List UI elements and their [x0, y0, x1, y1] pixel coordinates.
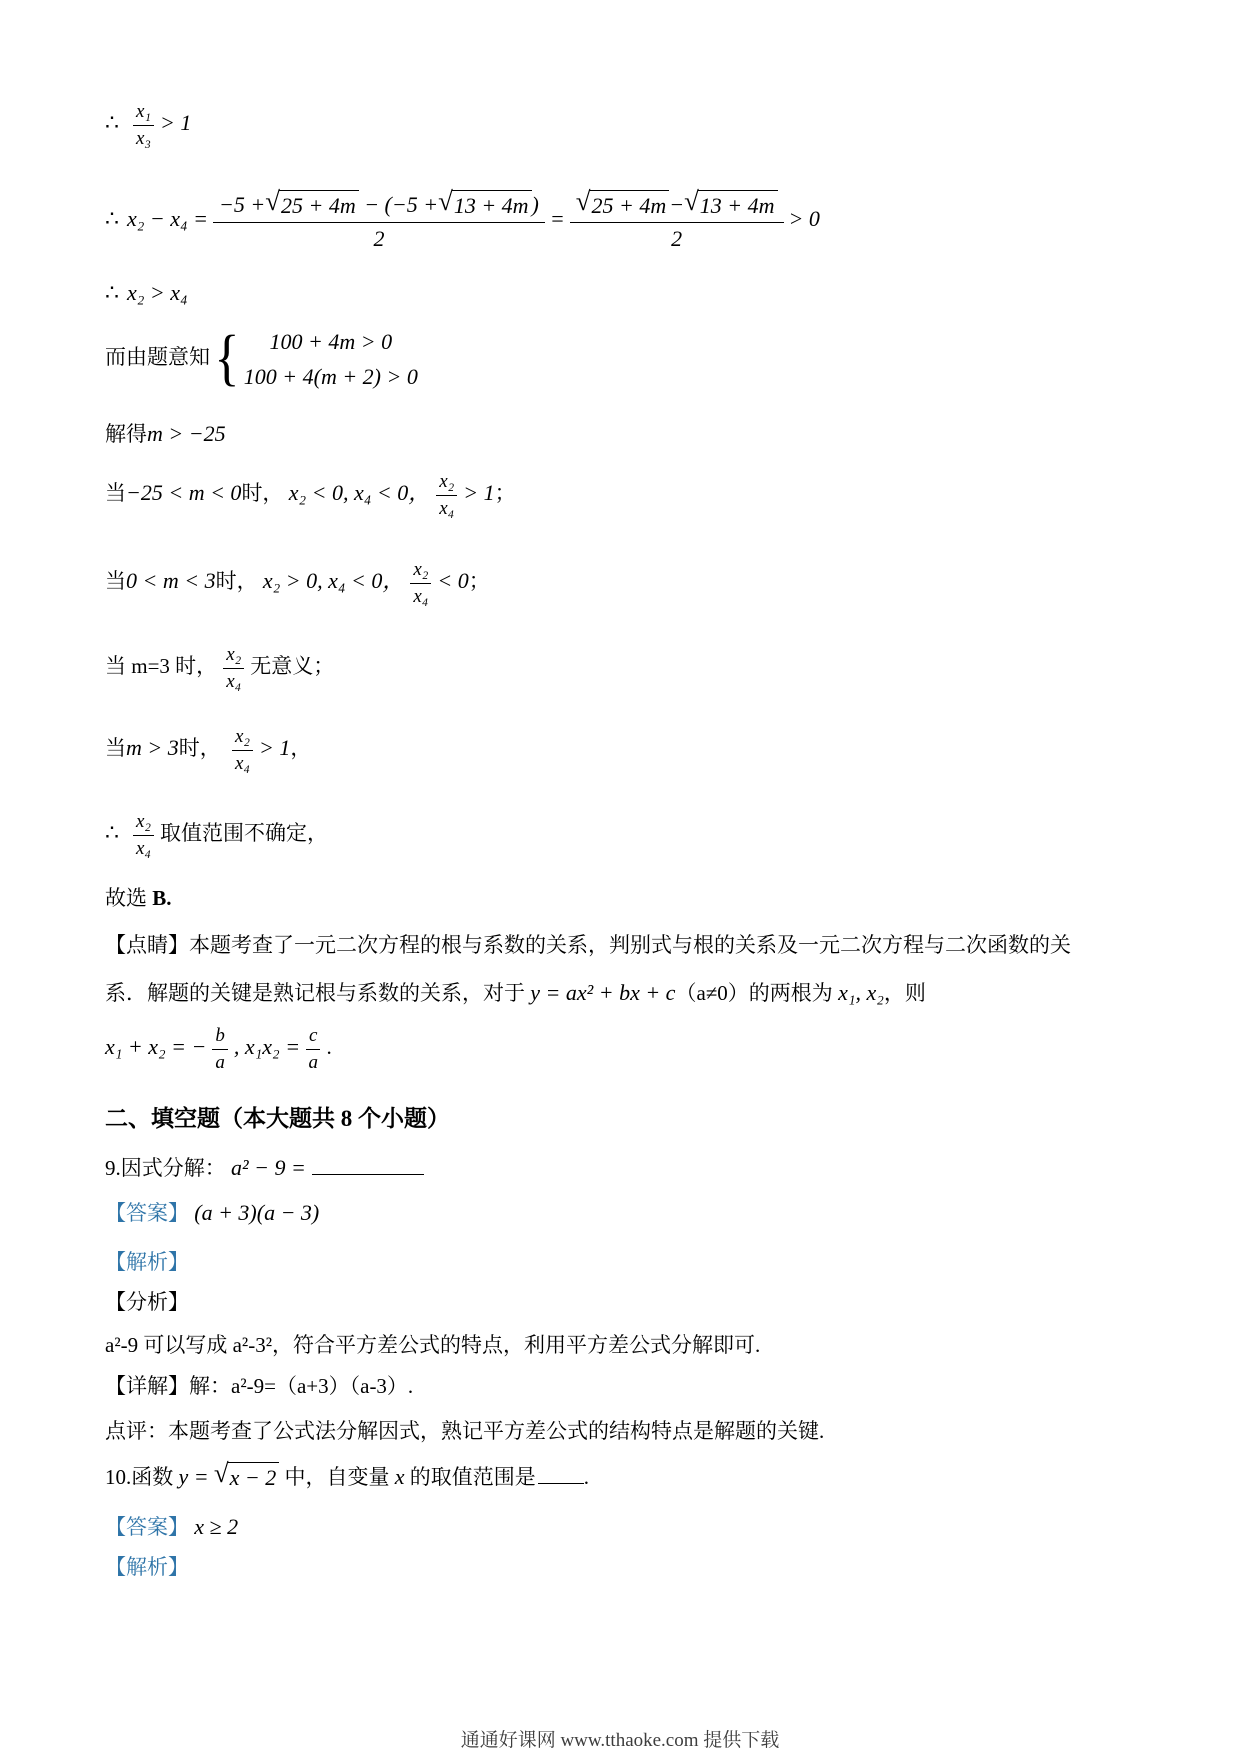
- therefore-symbol: ∴: [105, 820, 119, 845]
- fraction-numerator: √25 + 4m−√13 + 4m: [570, 190, 784, 223]
- answer-blank: [312, 1153, 424, 1175]
- choice-prefix: 故选: [105, 886, 152, 910]
- question-10-period: .: [584, 1465, 589, 1489]
- question-10-stem: 10.函数 y = √x − 2 中，自变量 x 的取值范围是.: [105, 1462, 589, 1492]
- page-footer: 通通好课网 www.tthaoke.com 提供下载: [0, 1725, 1240, 1752]
- document-page: ∴x₁x₃> 1 ∴x₂ − x₄ =−5 +√25 + 4m − (−5 +√…: [0, 0, 1240, 1754]
- fraction-denominator: x₄: [235, 751, 250, 776]
- remark-roots: x₁, x₂: [838, 980, 884, 1005]
- conclusion-text: 取值范围不确定，: [160, 821, 328, 845]
- answer-expression: x ≥ 2: [194, 1514, 238, 1539]
- case-relation: < 0: [437, 568, 468, 593]
- equals-sign: =: [550, 206, 565, 231]
- fraction-large-1: −5 +√25 + 4m − (−5 +√13 + 4m)2: [213, 190, 545, 252]
- numerator-mid: − (−5 +: [359, 192, 438, 217]
- system-eq-2: 100 + 4(m + 2) > 0: [244, 363, 418, 391]
- remark-line-1: 【点睛】本题考查了一元二次方程的根与系数的关系，判别式与根的关系及一元二次方程与…: [105, 932, 1071, 958]
- question-9-jiexi-label: 【解析】: [105, 1249, 189, 1275]
- conclusion-line: ∴x₂x₄取值范围不确定，: [105, 810, 328, 861]
- fraction-denominator: 2: [373, 223, 384, 253]
- fraction-x2-x4: x₂x₄: [436, 470, 457, 521]
- detail-text: 解：a²-9=（a+3）（a-3）.: [189, 1374, 413, 1398]
- case-values: x₂ > 0, x₄ < 0，: [263, 568, 405, 593]
- question-10-mid: 中，自变量: [284, 1465, 389, 1489]
- answer-expression: (a + 3)(a − 3): [194, 1200, 319, 1225]
- inequality-body: x₂ > x₄: [127, 280, 188, 305]
- fraction-numerator: x₂: [232, 725, 253, 751]
- case-values: x₂ < 0, x₄ < 0，: [289, 480, 431, 505]
- sqrt-sign: √: [438, 188, 453, 215]
- case-line-4: 当m > 3时， x₂x₄> 1，: [105, 725, 311, 776]
- fraction-numerator: x₂: [436, 470, 457, 496]
- case-condition: −25 < m < 0: [126, 480, 241, 505]
- fraction-numerator: x₁: [133, 100, 154, 126]
- case-shi: 时，: [241, 481, 283, 505]
- case-line-1: 当−25 < m < 0时， x₂ < 0, x₄ < 0，x₂x₄> 1；: [105, 470, 516, 521]
- radical: √13 + 4m: [684, 190, 777, 220]
- fraction-large-2: √25 + 4m−√13 + 4m2: [570, 190, 784, 252]
- fraction-x1-x3: x₁x₃: [133, 100, 154, 151]
- case-relation: > 1: [259, 735, 290, 760]
- question-9-detail: 【详解】解：a²-9=（a+3）（a-3）.: [105, 1373, 413, 1399]
- fraction-denominator: 2: [671, 223, 682, 253]
- inequality-tail: > 0: [789, 206, 820, 231]
- radicand: 25 + 4m: [589, 190, 669, 220]
- fraction-b-a: ba: [212, 1024, 228, 1075]
- question-9-answer: 【答案】 (a + 3)(a − 3): [105, 1199, 319, 1227]
- formula-x2-greater-x4: ∴x₂ > x₄: [105, 279, 188, 307]
- formula-x1-over-x3: ∴x₁x₃> 1: [105, 100, 191, 151]
- radicand: x − 2: [228, 1462, 280, 1492]
- fraction-denominator: a: [215, 1050, 225, 1075]
- fraction-denominator: x₃: [136, 126, 151, 151]
- sqrt-sign: √: [684, 188, 699, 215]
- analysis-text: a²-9 可以写成 a²-3²，符合平方差公式的特点，利用平方差公式分解即可.: [105, 1333, 760, 1357]
- system-prefix: 而由题意知: [105, 345, 210, 369]
- radical: √25 + 4m: [576, 190, 669, 220]
- choice-letter: B.: [152, 886, 171, 910]
- system-equations: 100 + 4m > 0100 + 4(m + 2) > 0: [244, 328, 418, 390]
- case-when: 当: [105, 481, 126, 505]
- therefore-symbol: ∴: [105, 206, 119, 231]
- question-10-variable: x: [395, 1464, 405, 1489]
- fraction-x2-x4: x₂x₄: [223, 643, 244, 694]
- section-heading-text: 二、填空题（本大题共 8 个小题）: [105, 1106, 450, 1131]
- radicand: 13 + 4m: [698, 190, 778, 220]
- question-10-number-prefix: 10.函数: [105, 1465, 173, 1489]
- formula-x2-minus-x4: ∴x₂ − x₄ =−5 +√25 + 4m − (−5 +√13 + 4m)2…: [105, 190, 820, 252]
- fraction-numerator: b: [212, 1024, 228, 1050]
- question-10-answer: 【答案】 x ≥ 2: [105, 1513, 238, 1541]
- fraction-numerator: x₂: [410, 558, 431, 584]
- radicand: 25 + 4m: [279, 190, 359, 220]
- remark-line-2: 系．解题的关键是熟记根与系数的关系，对于 y = ax² + bx + c（a≠…: [105, 979, 926, 1007]
- fraction-x2-x4: x₂x₄: [410, 558, 431, 609]
- vieta-period: .: [326, 1035, 331, 1059]
- therefore-symbol: ∴: [105, 280, 119, 305]
- remark-text-2c: （a≠0）的两根为: [675, 981, 832, 1005]
- left-brace: {: [214, 331, 239, 387]
- vieta-mid: , x₁x₂ =: [234, 1034, 300, 1059]
- case-line-2: 当0 < m < 3时， x₂ > 0, x₄ < 0，x₂x₄< 0；: [105, 558, 490, 609]
- remark-text-2a: 系．解题的关键是熟记根与系数的关系，对于: [105, 981, 525, 1005]
- remark-text-1: 本题考查了一元二次方程的根与系数的关系，判别式与根的关系及一元二次方程与二次函数…: [189, 933, 1071, 957]
- jiexi-label: 【解析】: [105, 1555, 189, 1579]
- sqrt-sign: √: [265, 188, 280, 215]
- answer-choice-line: 故选 B.: [105, 885, 172, 911]
- case-punct: ；: [469, 569, 490, 593]
- dianjing-label: 【点睛】: [105, 933, 189, 957]
- system-of-inequalities: 而由题意知{100 + 4m > 0100 + 4(m + 2) > 0: [105, 328, 418, 390]
- fraction-denominator: x₄: [413, 584, 428, 609]
- case-condition: 0 < m < 3: [126, 568, 216, 593]
- case-punct: ，: [290, 736, 311, 760]
- equation-lhs: x₂ − x₄ =: [127, 206, 208, 231]
- jiexi-label: 【解析】: [105, 1250, 189, 1274]
- footer-text: 通通好课网 www.tthaoke.com 提供下载: [461, 1730, 780, 1751]
- numerator-post: ): [532, 192, 539, 217]
- fraction-denominator: x₄: [226, 669, 241, 694]
- section-heading: 二、填空题（本大题共 8 个小题）: [105, 1105, 450, 1134]
- fraction-numerator: x₂: [223, 643, 244, 669]
- remark-text-2e: ，则: [884, 981, 926, 1005]
- vieta-formula-line: x₁ + x₂ = −ba, x₁x₂ =ca.: [105, 1024, 332, 1075]
- question-10-jiexi-label: 【解析】: [105, 1554, 189, 1580]
- solve-result: 解得m > −25: [105, 420, 226, 448]
- system-eq-1: 100 + 4m > 0: [270, 328, 393, 356]
- case-punct: ；: [495, 481, 516, 505]
- question-9-stem: 9.因式分解： a² − 9 =: [105, 1153, 424, 1182]
- case-when: 当 m=3 时，: [105, 654, 217, 678]
- inequality-tail: > 1: [160, 110, 191, 135]
- question-9-comment: 点评：本题考查了公式法分解因式，熟记平方差公式的结构特点是解题的关键.: [105, 1418, 824, 1444]
- fraction-x2-x4: x₂x₄: [133, 810, 154, 861]
- sqrt-sign: √: [576, 188, 591, 215]
- radical: √13 + 4m: [438, 190, 531, 220]
- fraction-x2-x4: x₂x₄: [232, 725, 253, 776]
- remark-quadratic: y = ax² + bx + c: [530, 980, 675, 1005]
- therefore-symbol: ∴: [105, 110, 119, 135]
- case-when: 当: [105, 736, 126, 760]
- fenxi-label: 【分析】: [105, 1290, 189, 1314]
- fraction-c-a: ca: [306, 1024, 320, 1075]
- case-shi: 时，: [179, 736, 221, 760]
- question-10-suffix: 的取值范围是: [410, 1465, 536, 1489]
- minus-sign: −: [669, 192, 684, 217]
- case-line-3: 当 m=3 时，x₂x₄无意义；: [105, 643, 334, 694]
- solve-math: m > −25: [147, 421, 226, 446]
- fraction-denominator: x₄: [439, 496, 454, 521]
- answer-blank: [538, 1462, 584, 1484]
- radicand: 13 + 4m: [452, 190, 532, 220]
- case-when: 当: [105, 569, 126, 593]
- fraction-denominator: a: [309, 1050, 319, 1075]
- case-shi: 时，: [216, 569, 258, 593]
- case-relation: > 1: [463, 480, 494, 505]
- question-9-number-prefix: 9.因式分解：: [105, 1156, 226, 1180]
- radical: √25 + 4m: [265, 190, 358, 220]
- numerator-pre: −5 +: [219, 192, 265, 217]
- fraction-numerator: −5 +√25 + 4m − (−5 +√13 + 4m): [213, 190, 545, 223]
- vieta-pre: x₁ + x₂ = −: [105, 1034, 206, 1059]
- answer-label: 【答案】: [105, 1201, 189, 1225]
- question-9-fenxi-label: 【分析】: [105, 1289, 189, 1315]
- fraction-numerator: c: [306, 1024, 320, 1050]
- xiangjie-label: 【详解】: [105, 1374, 189, 1398]
- answer-label: 【答案】: [105, 1515, 189, 1539]
- sqrt-sign: √: [214, 1460, 229, 1487]
- question-9-analysis-text: a²-9 可以写成 a²-3²，符合平方差公式的特点，利用平方差公式分解即可.: [105, 1332, 760, 1358]
- case-tail: 无意义；: [250, 654, 334, 678]
- case-condition: m > 3: [126, 735, 179, 760]
- fraction-numerator: x₂: [133, 810, 154, 836]
- fraction-denominator: x₄: [136, 836, 151, 861]
- question-9-expression: a² − 9 =: [231, 1155, 306, 1180]
- solve-prefix: 解得: [105, 422, 147, 446]
- question-10-lhs: y =: [179, 1464, 209, 1489]
- comment-text: 点评：本题考查了公式法分解因式，熟记平方差公式的结构特点是解题的关键.: [105, 1419, 824, 1443]
- radical: √x − 2: [214, 1462, 279, 1492]
